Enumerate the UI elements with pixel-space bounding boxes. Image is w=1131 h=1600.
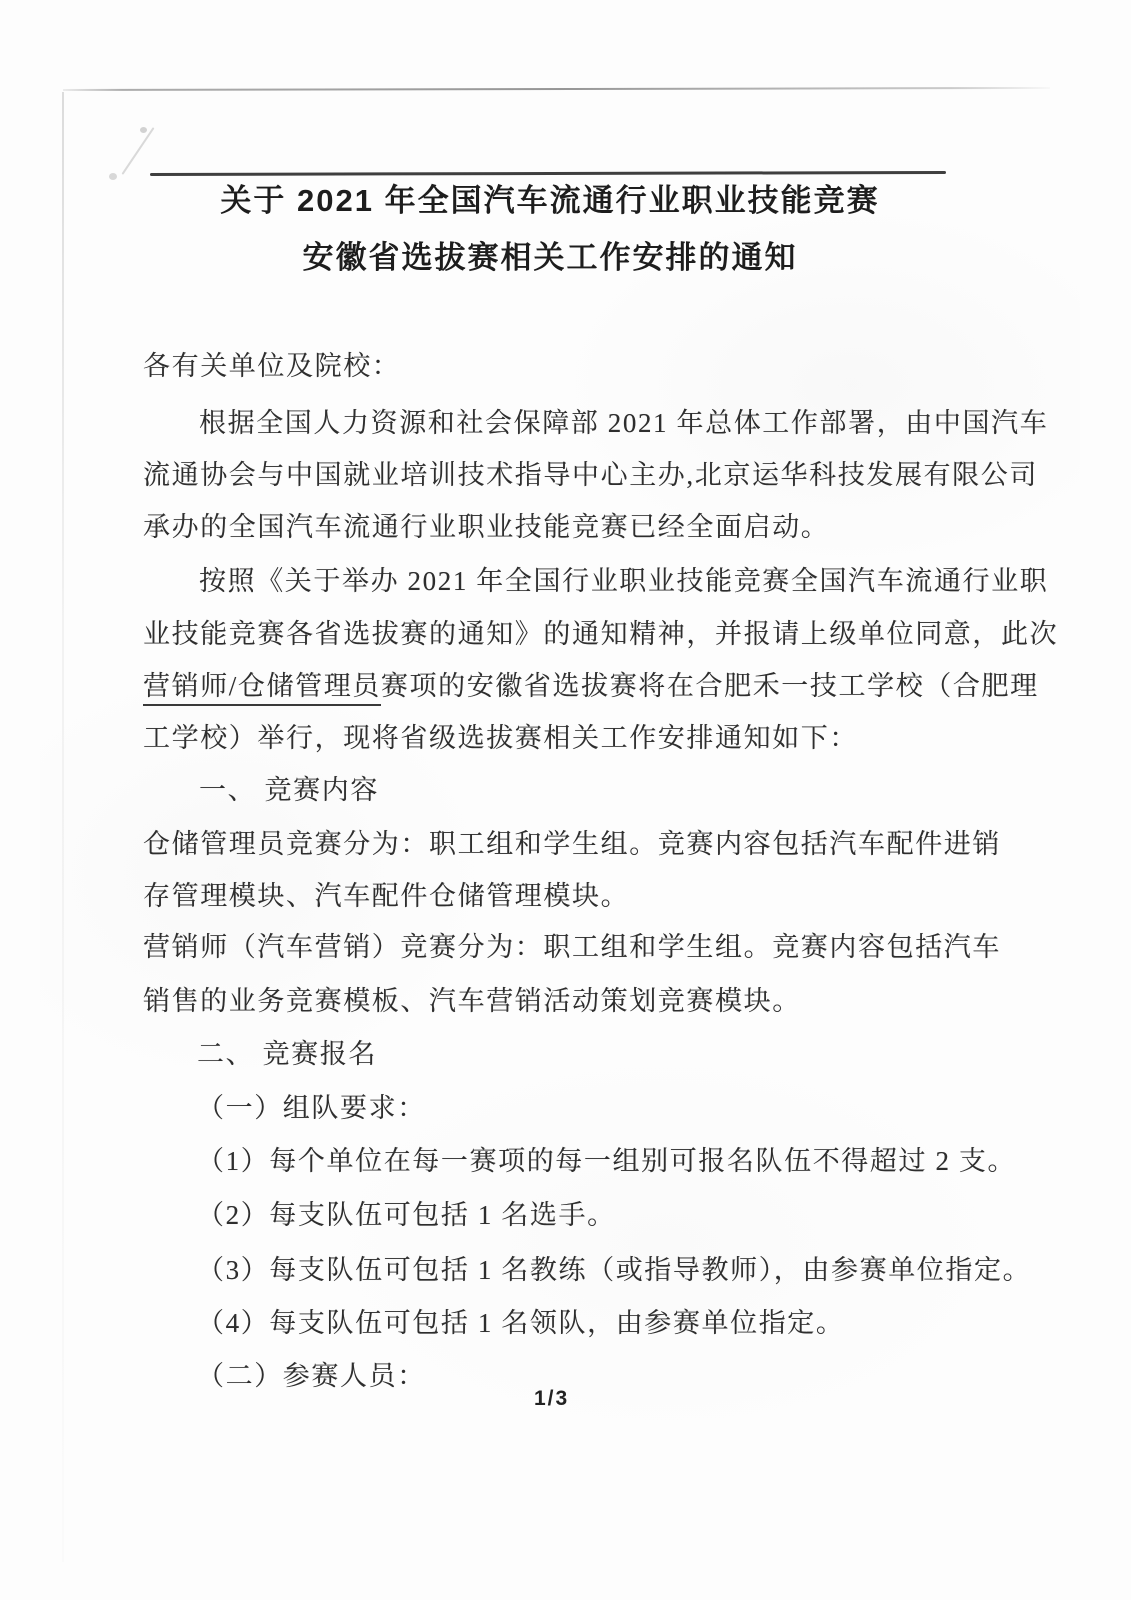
paragraph2-line2: 业技能竞赛各省选拔赛的通知》的通知精神，并报请上级单位同意，此次 [143, 618, 1058, 650]
section1-para1-line1: 仓储管理员竞赛分为：职工组和学生组。竞赛内容包括汽车配件进销 [143, 828, 1001, 860]
document-title: 关于 2021 年全国汽车流通行业职业技能竞赛 安徽省选拔赛相关工作安排的通知 [20, 183, 1080, 276]
scan-speck [109, 173, 117, 180]
paragraph2-line4: 工学校）举行，现将省级选拔赛相关工作安排通知如下： [143, 722, 858, 754]
paragraph1-line2: 流通协会与中国就业培训技术指导中心主办,北京运华科技发展有限公司 [143, 459, 1038, 491]
document-title-line1: 关于 2021 年全国汽车流通行业职业技能竞赛 [20, 183, 1080, 219]
salutation: 各有关单位及院校： [143, 350, 400, 382]
paragraph1-line1: 根据全国人力资源和社会保障部 2021 年总体工作部署，由中国汽车 [199, 407, 1048, 439]
page-top-edge [63, 87, 1050, 91]
scan-scratch-mark [122, 127, 155, 175]
paragraph2-line1: 按照《关于举办 2021 年全国行业职业技能竞赛全国汽车流通行业职 [199, 565, 1048, 597]
page-left-edge [62, 92, 64, 1562]
section1-para1-line2: 存管理模块、汽车配件仓储管理模块。 [143, 880, 629, 912]
document-title-line2: 安徽省选拔赛相关工作安排的通知 [20, 240, 1080, 276]
section1-para2-line2: 销售的业务竞赛模板、汽车营销活动策划竞赛模块。 [143, 985, 801, 1017]
paragraph1-line3: 承办的全国汽车流通行业职业技能竞赛已经全面启动。 [143, 511, 829, 543]
section1-heading: 一、 竞赛内容 [199, 774, 379, 806]
letterhead-rule [150, 171, 946, 176]
section2-heading: 二、 竞赛报名 [197, 1038, 377, 1070]
section2-item1: （1）每个单位在每一赛项的每一组别可报名队伍不得超过 2 支。 [197, 1145, 1016, 1177]
section2-sub2-heading: （二）参赛人员： [197, 1360, 426, 1392]
scanned-document-page: 关于 2021 年全国汽车流通行业职业技能竞赛 安徽省选拔赛相关工作安排的通知 … [0, 0, 1131, 1600]
underlined-competition-names: 营销师/仓储管理员 [143, 671, 381, 706]
section1-para2-line1: 营销师（汽车营销）竞赛分为：职工组和学生组。竞赛内容包括汽车 [143, 931, 1001, 963]
section2-sub1-heading: （一）组队要求： [197, 1092, 426, 1124]
section2-item2: （2）每支队伍可包括 1 名选手。 [197, 1199, 616, 1231]
section2-item4: （4）每支队伍可包括 1 名领队，由参赛单位指定。 [197, 1307, 845, 1339]
page-number: 1/3 [534, 1387, 569, 1411]
paragraph2-line3-rest: 赛项的安徽省选拔赛将在合肥禾一技工学校（合肥理 [381, 671, 1039, 701]
scan-speck [140, 127, 147, 133]
paragraph2-line3: 营销师/仓储管理员赛项的安徽省选拔赛将在合肥禾一技工学校（合肥理 [143, 670, 1039, 702]
section2-item3: （3）每支队伍可包括 1 名教练（或指导教师），由参赛单位指定。 [197, 1254, 1031, 1286]
